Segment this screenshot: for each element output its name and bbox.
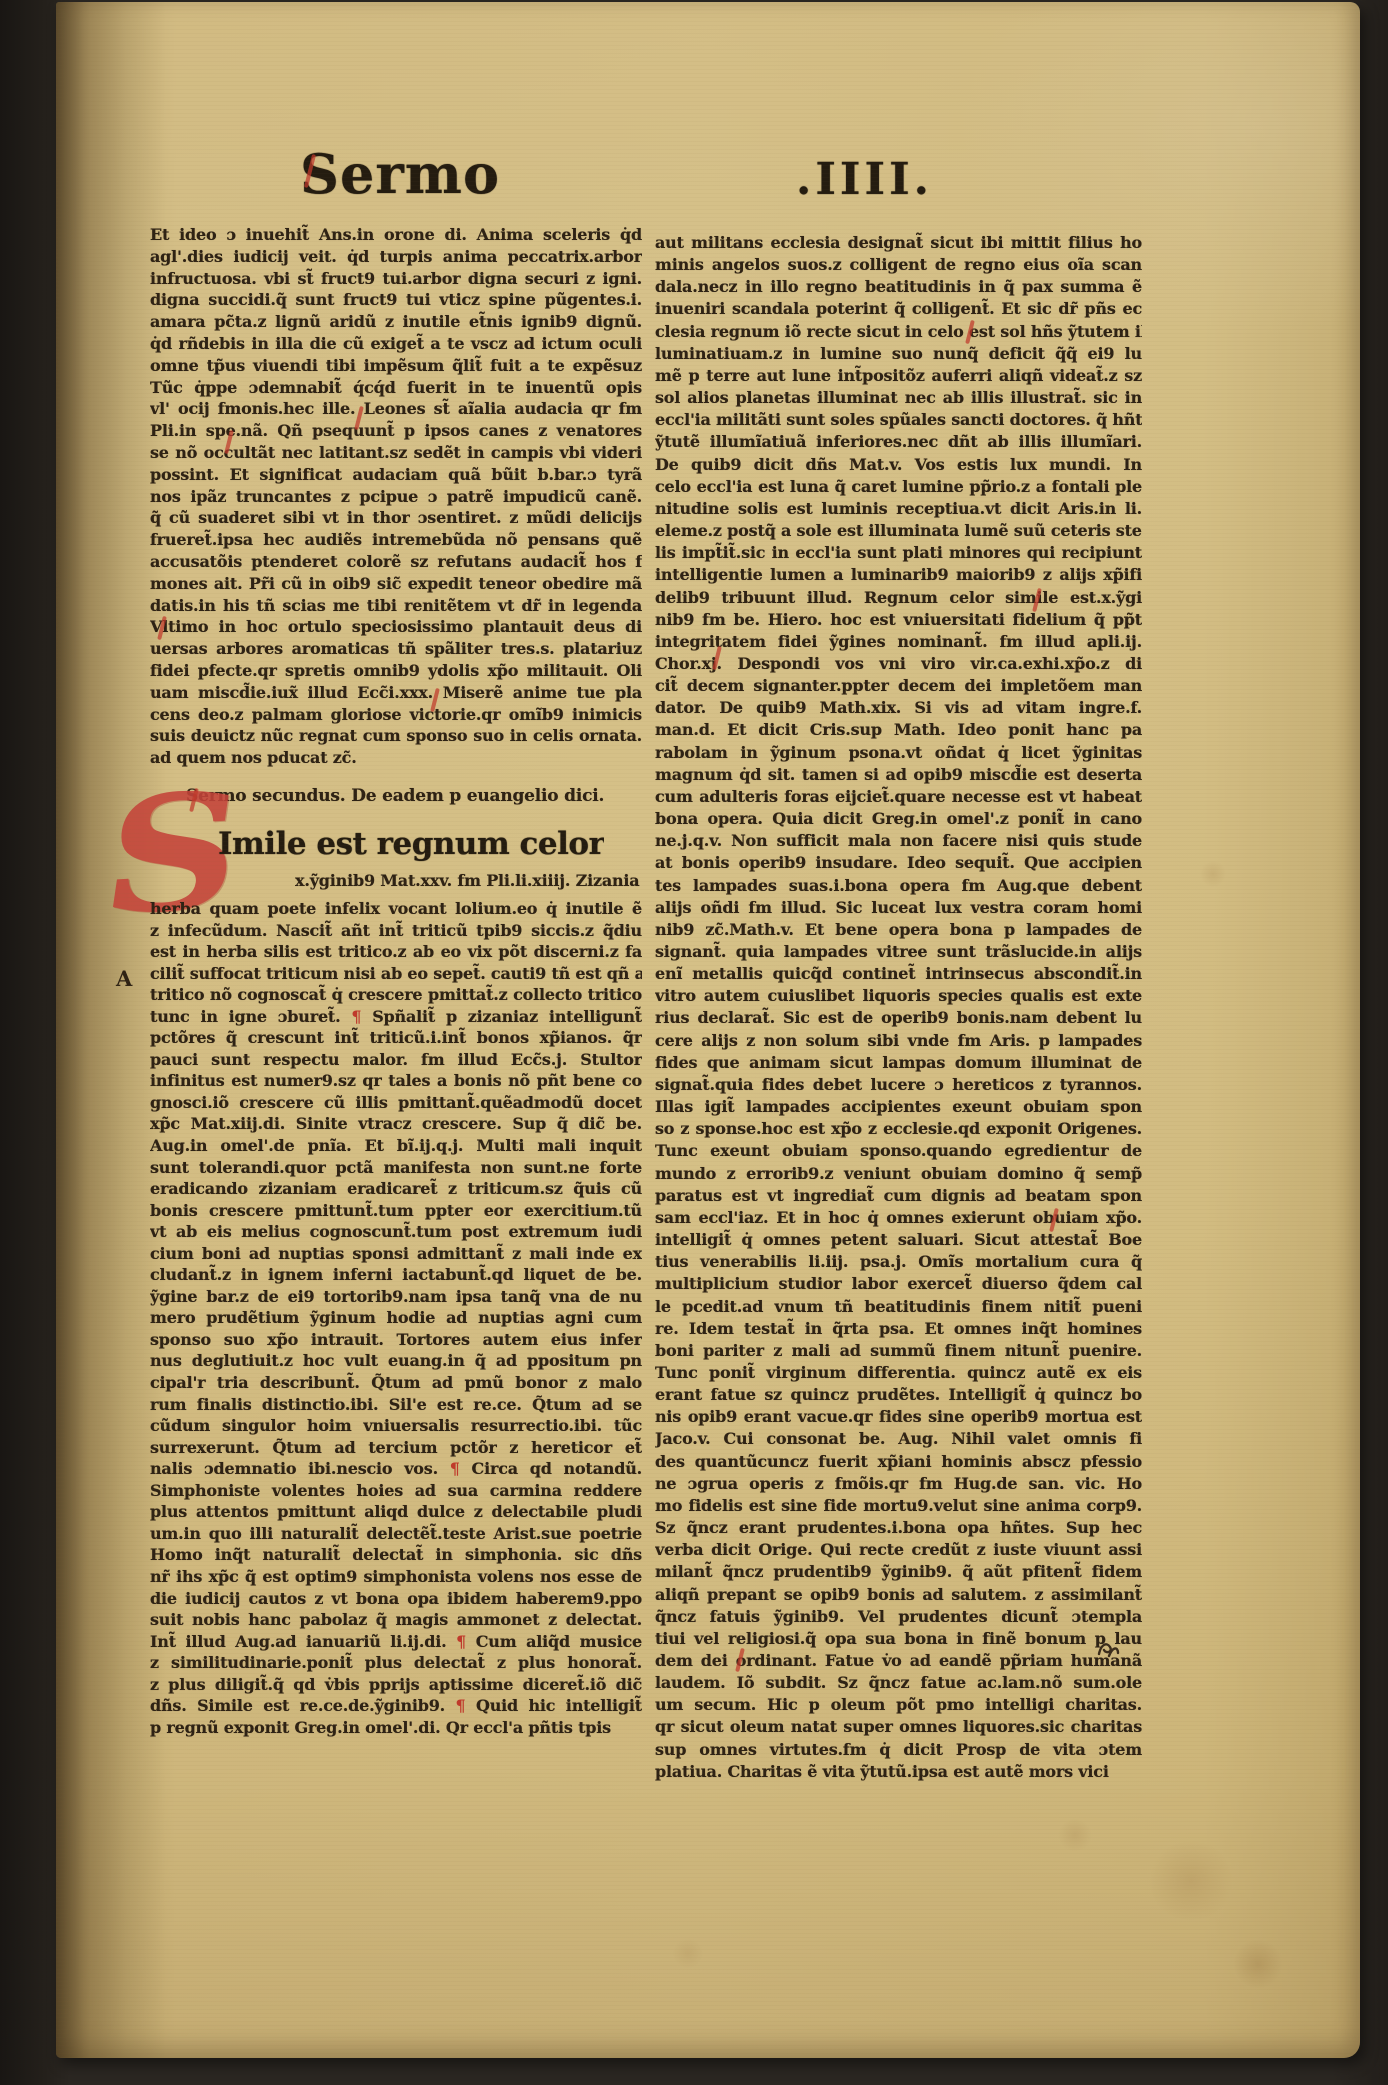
text-line: nus deglutiuit.z hoc vult euang.in q̃ ad… (150, 1350, 642, 1372)
text-line: tes lampades suas.i.bona opera fm Aug.qu… (655, 875, 1142, 897)
text-line: ne.j.q.v. Non sufficit mala non facere n… (655, 830, 1142, 852)
text-line: est in herba silis est tritico.z ab eo v… (150, 941, 642, 963)
text-line: multiplicium studior labor exercet̃ diue… (655, 1273, 1142, 1295)
text-line: infinitus est numer9.sz qr tales a bonis… (150, 1070, 642, 1092)
foxing-stain (1057, 1819, 1093, 1851)
text-line: tunc in igne ɔburet̃. ¶ Spñalit̃ p zizan… (150, 1006, 642, 1028)
text-line: Aug.in omel'.de pnĩa. Et bĩ.ij.q.j. Mult… (150, 1135, 642, 1157)
left-column-body: herba quam poete infelix vocant lolium.e… (150, 898, 642, 1738)
text-line: q̃ncz fatuis ỹginib9. Vel prudentes dicu… (655, 1606, 1142, 1628)
text-line: integritatem fidei ỹgines nominant̃. fm … (655, 631, 1142, 653)
pilcrow-mark: ¶ (450, 1459, 460, 1478)
text-line: cilit̃ suffocat triticum nisi ab eo sepe… (150, 963, 642, 985)
book-page: Sermo .IIII. Et ideo ɔ inuehit̃ Ans.in o… (56, 2, 1360, 2058)
text-line: Homo inq̃t naturalit̃ delectat̃ in simph… (150, 1544, 642, 1566)
text-line: surrexerunt. Q̃tum ad tercium pctõr z he… (150, 1437, 642, 1459)
text-line: inueniri scandala poterint q̃ colligent̃… (655, 298, 1142, 320)
text-line: nr̃ ihs xp̃c q̃ est optim9 simphonista v… (150, 1566, 642, 1588)
text-line: dem dei ordinant. Fatue v̇o ad eandẽ pp̃… (655, 1650, 1142, 1672)
text-line: z plus diligit̃.q̃ qd v̇bis pprijs aptis… (150, 1674, 642, 1696)
text-line: Tunc ponit̃ virginum differentia. quincz… (655, 1362, 1142, 1384)
text-line: sol alios planetas illuminat nec ab illi… (655, 387, 1142, 409)
text-line: bonis crescere pmittunt̃.tum ppter eor e… (150, 1200, 642, 1222)
text-line: se nõ occultãt nec latitant.sz sedẽt in … (150, 442, 642, 464)
text-line: sam eccl'iaz. Et in hoc q̇ omnes exierun… (655, 1207, 1142, 1229)
text-line: frueret̃.ipsa hec audiẽs intremebũda nõ … (150, 529, 642, 551)
pilcrow-mark: ¶ (351, 1007, 361, 1026)
text-line: cum adulteris foras eijciet̃.quare neces… (655, 786, 1142, 808)
text-line: platiua. Charitas ẽ vita ỹtutũ.ipsa est … (655, 1761, 1142, 1783)
text-line: le pcedit.ad vnum tñ beatitudinis finem … (655, 1296, 1142, 1318)
text-line: eccl'ia militãti sunt soles spũales sanc… (655, 409, 1142, 431)
text-line: intelligentie lumen a luminarib9 maiorib… (655, 564, 1142, 586)
text-line: vt ab eis melius cognoscunt̃.tum post ex… (150, 1221, 642, 1243)
text-line: Jaco.v. Cui consonat be. Aug. Nihil vale… (655, 1428, 1142, 1450)
text-line: intelligit̃ q̇ omnes petent saluari. Sic… (655, 1229, 1142, 1251)
foxing-stain (672, 1938, 704, 1968)
text-line: cludant̃.z in ignem inferni iactabunt̃.q… (150, 1264, 642, 1286)
incipit-reference-line: x.ỹginib9 Mat.xxv. fm Pli.li.xiiij. Ziza… (295, 870, 641, 892)
photographed-book-spread: { "header": { "left": "Sermo", "right": … (0, 0, 1388, 2085)
foxing-stain (1199, 861, 1227, 887)
text-line: laudem. Iõ subdit. Sz q̃ncz fatue ac.lam… (655, 1672, 1142, 1694)
text-line: Et ideo ɔ inuehit̃ Ans.in orone di. Anim… (150, 224, 642, 246)
text-line: erant fatue sz quincz prudẽtes. Intellig… (655, 1384, 1142, 1406)
text-line: um secum. Hic p oleum põt pmo intelligi … (655, 1694, 1142, 1716)
left-column-paragraph: Et ideo ɔ inuehit̃ Ans.in orone di. Anim… (150, 224, 642, 769)
text-line: um.in quo illi naturalit̃ delectẽt̃.test… (150, 1523, 642, 1545)
text-line: xp̃c Mat.xiij.di. Sinite vtracz crescere… (150, 1113, 642, 1135)
text-line: qr sicut oleum natat super omnes liquore… (655, 1716, 1142, 1738)
text-line: mones ait. Pr̃i cũ in oib9 sic̃ expedit … (150, 573, 642, 595)
text-line: signant̃. quia lampades vitree sunt trãs… (655, 941, 1142, 963)
folio-number: .IIII. (796, 154, 933, 205)
text-line: vl' ocij fmonis.hec ille. Leones st̃ aĩa… (150, 398, 642, 420)
text-line: rabolam in ỹginum psona.vt oñdat q̇ lice… (655, 742, 1142, 764)
text-line: signat̃.quia fides debet lucere ɔ hereti… (655, 1074, 1142, 1096)
text-line: ỹtutẽ illumĩatiuã inferiores.nec dñt ab … (655, 431, 1142, 453)
text-line: die iudicij cautos z vt bona opa ibidem … (150, 1588, 642, 1610)
text-line: plus attentos pmittunt aliqd dulce z del… (150, 1501, 642, 1523)
text-line: nib9 fm be. Hiero. hoc est vniuersitati … (655, 609, 1142, 631)
text-line: vitro autem cuiuslibet liquoris species … (655, 985, 1142, 1007)
text-line: cere alijs z non solum sibi vnde fm Aris… (655, 1030, 1142, 1052)
text-line: at bonis operib9 insudare. Ideo sequit̃.… (655, 852, 1142, 874)
text-line: eleme.z postq̃ a sole est illuminata lum… (655, 520, 1142, 542)
text-line: digna succidi.q̃ sunt fruct9 tui vticz s… (150, 289, 642, 311)
pilcrow-mark: ¶ (456, 1632, 466, 1651)
text-line: pctõres q̃ crescunt int̃ triticũ.i.int̃ … (150, 1027, 642, 1049)
foxing-stain (1146, 1842, 1236, 1920)
text-line: re. Idem testat̃ in q̃rta psa. Et omnes … (655, 1318, 1142, 1340)
text-line: datis.in his tñ scias me tibi renitẽtem … (150, 595, 642, 617)
text-line: so z sponse.hoc est xp̃o z ecclesie.qd e… (655, 1118, 1142, 1140)
text-line: accusatõis ptenderet colorẽ sz refutans … (150, 551, 642, 573)
text-line: alijs oñdi fm illud. Sic luceat lux vest… (655, 897, 1142, 919)
text-line: eradicando zizaniam eradicaret̃ z tritic… (150, 1178, 642, 1200)
text-line: gnosci.iõ crescere cũ illis pmittant̃.qu… (150, 1092, 642, 1114)
text-line: uam miscd̃ie.iux̃ illud Ecc̃i.xxx. Miser… (150, 682, 642, 704)
text-line: man.d. Et dicit Cris.sup Math. Ideo poni… (655, 719, 1142, 741)
text-line: mẽ p terre aut lune int̃positõz auferri … (655, 365, 1142, 387)
text-line: milant̃ q̃ncz prudentib9 ỹginib9. q̃ aũt… (655, 1561, 1142, 1583)
foxing-stain (1232, 1940, 1284, 1988)
text-line: Vltimo in hoc ortulo speciosissimo plant… (150, 616, 642, 638)
text-line: paratus est vt ingrediat̃ cum dignis ad … (655, 1185, 1142, 1207)
text-line: amara pc̃ta.z lignũ aridũ z inutile et̃n… (150, 311, 642, 333)
text-line: De quib9 dicit dñs Mat.v. Vos estis lux … (655, 454, 1142, 476)
text-line: agl'.dies iudicij veit. q̇d turpis anima… (150, 246, 642, 268)
text-line: clesia regnum iõ recte sicut in celo est… (655, 321, 1142, 343)
text-line: magnum q̇d sit. tamen si ad opib9 miscd̃… (655, 764, 1142, 786)
text-line: bona opera. Quia dicit Greg.in omel'.z p… (655, 808, 1142, 830)
text-line: mero prudẽtium ỹginum hodie ad nuptias a… (150, 1307, 642, 1329)
text-line: fidei pfecte.qr spretis omnib9 ydolis xp… (150, 660, 642, 682)
text-line: omne tp̃us viuendi tibi impẽsum q̃lit̃ f… (150, 355, 642, 377)
text-line: cens deo.z palmam gloriose victorie.qr o… (150, 704, 642, 726)
text-line: verba dicit Orige. Qui recte credũt z iu… (655, 1539, 1142, 1561)
text-line: p regnũ exponit Greg.in omel'.di. Qr ecc… (150, 1717, 642, 1739)
text-line: possint. Et significat audaciam quã bũit… (150, 464, 642, 486)
text-line: Sz q̃ncz erant prudentes.i.bona opa hñte… (655, 1517, 1142, 1539)
text-line: rius declarat̃. Sic est de operib9 bonis… (655, 1007, 1142, 1029)
text-line: uersas arbores aromaticas tñ spãliter tr… (150, 638, 642, 660)
text-line: rum finalis distinctio.ibi. Sil'e est re… (150, 1394, 642, 1416)
text-line: cũdum singulor hoim vniuersalis resurrec… (150, 1415, 642, 1437)
sermon-subheading: Sermo secundus. De eadem p euangelio dic… (186, 786, 604, 806)
text-line: sponso suo xp̃o intrauit. Tortores autem… (150, 1329, 642, 1351)
text-line: nalis ɔdemnatio ibi.nescio vos. ¶ Circa … (150, 1458, 642, 1480)
text-line: nib9 zc̃.Math.v. Et bene opera bona p la… (655, 919, 1142, 941)
text-line: Tunc exeunt obuiam sponso.quando egredie… (655, 1140, 1142, 1162)
margin-guide-letter: A (116, 966, 132, 991)
text-line: delib9 tribuunt illud. Regnum celor simi… (655, 587, 1142, 609)
text-line: sunt tolerandi.quor pctã manifesta non s… (150, 1157, 642, 1179)
incipit-heading: Imile est regnum celorũ (218, 818, 604, 870)
text-line: cium boni ad nuptias sponsi admittant̃ z… (150, 1243, 642, 1265)
running-title: Sermo (300, 142, 500, 206)
text-line: lis impt̃it̃.sic in eccl'ia sunt plati m… (655, 542, 1142, 564)
text-line: Chor.xj. Despondi vos vni viro vir.ca.ex… (655, 653, 1142, 675)
text-line: dñs. Simile est re.ce.de.ỹginib9. ¶ Quid… (150, 1695, 642, 1717)
text-line: Int̃ illud Aug.ad ianuariũ li.ij.di. ¶ C… (150, 1631, 642, 1653)
text-line: nitudine solis est luminis receptiua.vt … (655, 498, 1142, 520)
text-line: Illas igit̃ lampades accipientes exeunt … (655, 1096, 1142, 1118)
text-line: ne ɔgrua operis z fmõis.qr fm Hug.de san… (655, 1473, 1142, 1495)
text-line: mundo z errorib9.z veniunt obuiam domino… (655, 1163, 1142, 1185)
text-line: Pli.in spe.nã. Qñ psequunt̃ p ipsos cane… (150, 420, 642, 442)
text-line: boni pariter z mali ad summũ finem nitun… (655, 1340, 1142, 1362)
text-line: suit nobis hanc pabolaz q̃ magis ammonet… (150, 1609, 642, 1631)
text-line: nis opib9 erant vacue.qr fides sine oper… (655, 1406, 1142, 1428)
text-line: cipal'r tria describunt̃. Q̃tum ad pmũ b… (150, 1372, 642, 1394)
text-line: Simphoniste volentes hoies ad sua carmin… (150, 1480, 642, 1502)
text-line: Tũc q̇ppe ɔdemnabit̃ q́cq́d fuerit in te… (150, 377, 642, 399)
text-line: minis angelos suos.z colligent de regno … (655, 254, 1142, 276)
text-line: enĩ metallis quicq̃d continet̃ intrinsec… (655, 963, 1142, 985)
text-line: mo fidelis est sine fide mortu9.velut si… (655, 1495, 1142, 1517)
text-line: celo eccl'ia est luna q̃ caret lumine pp… (655, 476, 1142, 498)
text-line: nos ipãz truncantes z pcipue ɔ patrẽ imp… (150, 486, 642, 508)
margin-reader-mark (1096, 1638, 1122, 1664)
text-line: suis deuictz nũc regnat cum sponso suo i… (150, 725, 642, 747)
text-line: dala.necz in illo regno beatitudinis in … (655, 276, 1142, 298)
text-line: q̇d rñdebis in illa die cũ exiget̃ a te … (150, 333, 642, 355)
text-line: tius venerabilis li.iij. psa.j. Omĩs mor… (655, 1251, 1142, 1273)
text-line: sup omnes virtutes.fm q̇ dicit Prosp de … (655, 1739, 1142, 1761)
pilcrow-mark: ¶ (456, 1696, 466, 1715)
text-line: aut militans ecclesia designat̃ sicut ib… (655, 232, 1142, 254)
text-line: tritico nõ cognoscat̃ q̇ crescere pmitta… (150, 984, 642, 1006)
text-line: dator. De quib9 Math.xix. Si vis ad vita… (655, 697, 1142, 719)
text-line: herba quam poete infelix vocant lolium.e… (150, 898, 642, 920)
right-column-body: aut militans ecclesia designat̃ sicut ib… (655, 232, 1142, 1783)
text-line: tiui vel religiosi.q̃ opa sua bona in fi… (655, 1628, 1142, 1650)
text-line: z infecũdum. Nascit̃ añt int̃ triticũ tp… (150, 920, 642, 942)
text-line: fides que animam sicut lampas domum illu… (655, 1052, 1142, 1074)
text-line: luminatiuam.z in lumine suo nunq̃ defici… (655, 343, 1142, 365)
text-line: pauci sunt respectu malor. fm illud Ecc̃… (150, 1049, 642, 1071)
text-line: des quantũcuncz fuerit xp̃iani hominis a… (655, 1451, 1142, 1473)
text-line: infructuosa. vbi st̃ fruct9 tui.arbor di… (150, 268, 642, 290)
text-line: ỹgine bar.z de ei9 tortorib9.nam ipsa ta… (150, 1286, 642, 1308)
text-line: z similitudinarie.ponit̃ plus delectat̃ … (150, 1652, 642, 1674)
text-line: q̃ cũ suaderet sibi vt in thor ɔsentiret… (150, 507, 642, 529)
text-line: aliqñ prepant se opib9 bonis ad salutem.… (655, 1584, 1142, 1606)
text-line: cit̃ decem signanter.ppter decem dei imp… (655, 675, 1142, 697)
